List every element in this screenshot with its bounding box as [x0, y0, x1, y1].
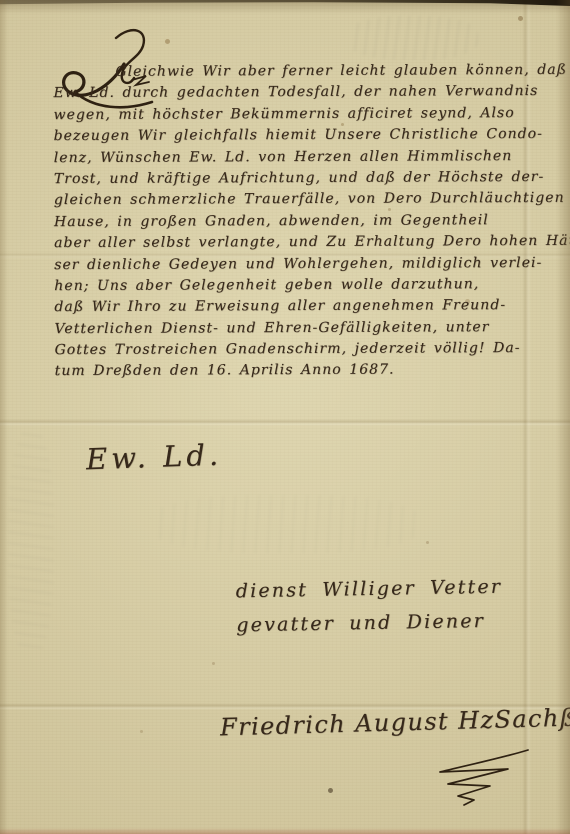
paper-edge-right: [556, 0, 570, 834]
manuscript-line: gleichen schmerzliche Trauerfälle, von D…: [54, 188, 554, 212]
letter-page: Gleichwie Wir aber ferner leicht glauben…: [0, 0, 570, 834]
closing-formula: dienst Williger Vetter gevatter und Dien…: [235, 570, 503, 643]
closing-line: gevatter und Diener: [236, 604, 503, 643]
closing-line: dienst Williger Vetter: [235, 570, 502, 609]
manuscript-line-date: tum Dreßden den 16. Aprilis Anno 1687.: [55, 359, 555, 383]
manuscript-line: Vetterlichen Dienst- und Ehren-Gefälligk…: [54, 317, 554, 341]
manuscript-line: Gottes Trostreichen Gnadenschirm, jederz…: [55, 338, 555, 362]
manuscript-line: hen; Uns aber Gelegenheit geben wolle da…: [54, 274, 554, 298]
manuscript-line: daß Wir Ihro zu Erweisung aller angenehm…: [54, 295, 554, 319]
show-through-ghost: [150, 495, 420, 553]
show-through-ghost: [8, 430, 54, 655]
paper-edge-left: [0, 0, 8, 834]
salutation-abbreviation: Ew. Ld.: [85, 438, 222, 477]
manuscript-line: ser dienliche Gedeyen und Wohlergehen, m…: [54, 252, 554, 276]
manuscript-line: bezeugen Wir gleichfalls hiemit Unsere C…: [54, 124, 554, 148]
manuscript-line: Gleichwie Wir aber ferner leicht glauben…: [53, 60, 553, 84]
manuscript-line: Ew. Ld. durch gedachten Todesfall, der n…: [53, 81, 553, 105]
paper-edge-bottom: [0, 828, 570, 834]
manuscript-line: wegen, mit höchster Bekümmernis afficire…: [53, 103, 553, 127]
manuscript-line: Trost, und kräftige Aufrichtung, und daß…: [54, 167, 554, 191]
fold-crease-horizontal: [0, 419, 570, 426]
manuscript-line: lenz, Wünschen Ew. Ld. von Herzen allen …: [54, 145, 554, 169]
manuscript-text-block: Gleichwie Wir aber ferner leicht glauben…: [53, 60, 554, 383]
manuscript-line: aber aller selbst verlangte, und Zu Erha…: [54, 231, 554, 255]
signature-paraph-icon: [424, 746, 534, 808]
manuscript-line: Hause, in großen Gnaden, abwenden, im Ge…: [54, 210, 554, 234]
show-through-ghost: [348, 16, 478, 60]
